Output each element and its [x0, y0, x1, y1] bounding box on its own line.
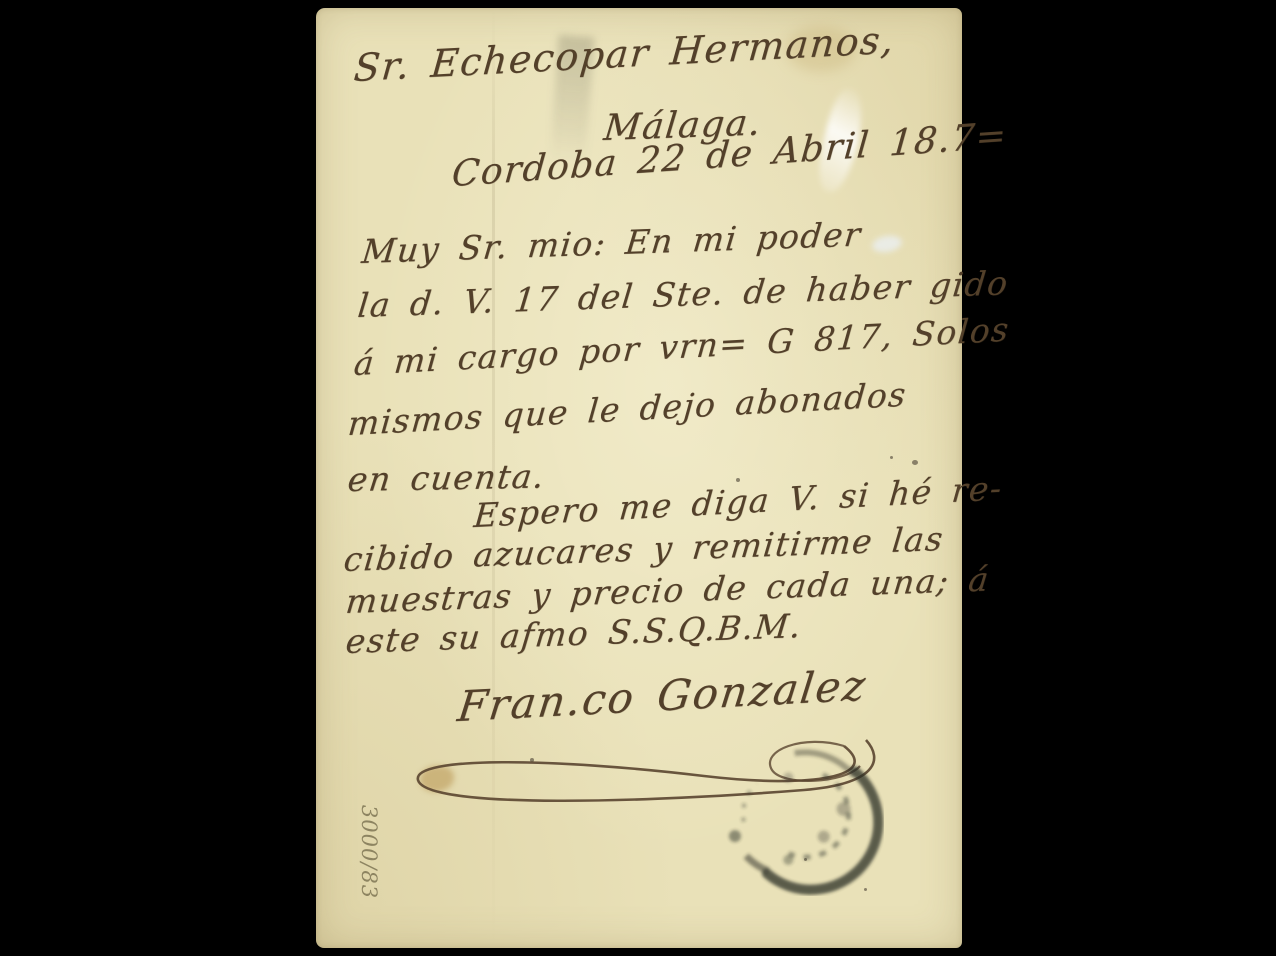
recipient-line: Sr. Echecopar Hermanos, [352, 18, 897, 91]
postcard: Sr. Echecopar Hermanos, Málaga. Cordoba … [316, 8, 962, 948]
ink-speck [912, 460, 918, 465]
letter-line: mismos que le dejo abonados [346, 375, 908, 444]
signature: Fran.co Gonzalez [455, 660, 870, 731]
postmark-stamp [714, 746, 884, 896]
pencil-notation: 3000/83 [357, 787, 381, 917]
letter-line: Muy Sr. mio: En mi poder [360, 214, 864, 271]
ink-speck [890, 456, 893, 459]
scanned-postcard-image: Sr. Echecopar Hermanos, Málaga. Cordoba … [0, 0, 1276, 956]
white-fleck [871, 234, 903, 255]
